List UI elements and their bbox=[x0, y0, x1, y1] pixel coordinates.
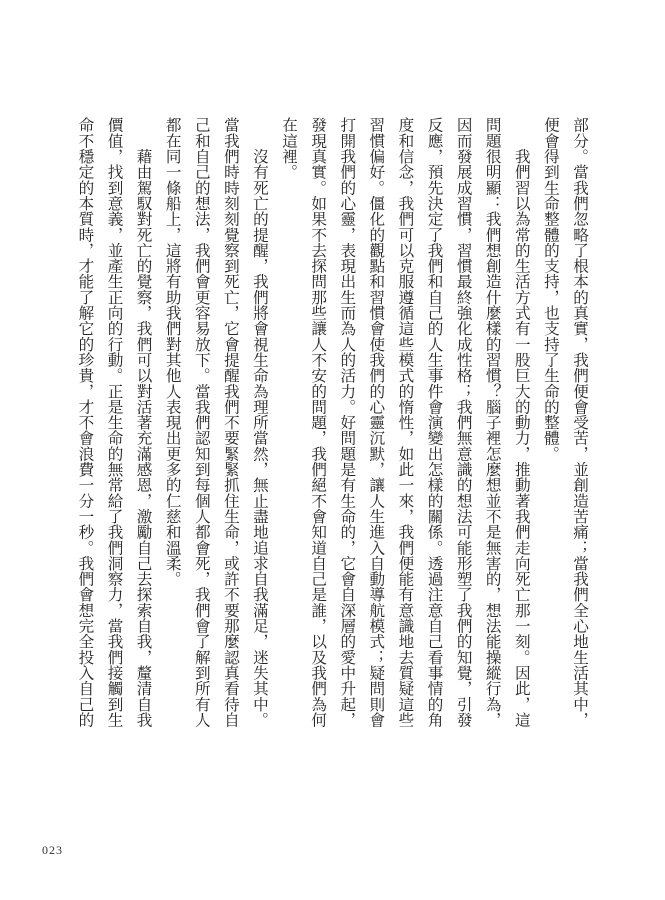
text-line: 部分。當我們忽略了根本的真實，我們便會受苦，並創造苦痛；當我們全心地生活其中， bbox=[565, 117, 594, 749]
text-line: 習慣偏好。僵化的觀點和習慣會使我們的心靈沉默，讓人生進入自動導航模式；疑問則會 bbox=[361, 117, 390, 749]
text-line: 價值，找到意義，並產生正向的行動。正是生命的無常給了我們洞察力，當我們接觸到生 bbox=[99, 117, 128, 749]
text-line: 反應，預先決定了我們和自己的人生事件會演變出怎樣的關係。透過注意自己看事情的角 bbox=[419, 117, 448, 749]
text-line: 發現真實。如果不去探問那些讓人不安的問題，我們絕不會知道自己是誰，以及我們為何 bbox=[303, 117, 332, 749]
text-line: 沒有死亡的提醒，我們將會視生命為理所當然，無止盡地追求自我滿足，迷失其中。 bbox=[245, 117, 274, 749]
page-number: 023 bbox=[42, 843, 63, 858]
book-page: 部分。當我們忽略了根本的真實，我們便會受苦，並創造苦痛；當我們全心地生活其中， … bbox=[0, 0, 665, 900]
text-line: 我們習以為常的生活方式有一股巨大的動力，推動著我們走向死亡那一刻。因此，這 bbox=[507, 117, 536, 749]
text-line: 在這裡。 bbox=[274, 117, 303, 749]
text-line: 因而發展成習慣，習慣最終強化成性格；我們無意識的想法可能形塑了我們的知覺，引發 bbox=[449, 117, 478, 749]
vertical-text-body: 部分。當我們忽略了根本的真實，我們便會受苦，並創造苦痛；當我們全心地生活其中， … bbox=[70, 117, 594, 749]
text-line: 己和自己的想法，我們會更容易放下。當我們認知到每個人都會死，我們會了解到所有人 bbox=[187, 117, 216, 749]
text-line: 當我們時時刻刻覺察到死亡，它會提醒我們不要緊緊抓住生命，或許不要那麼認真看待自 bbox=[216, 117, 245, 749]
text-line: 度和信念，我們可以克服遵循這些模式的惰性，如此一來，我們便能有意識地去質疑這些 bbox=[390, 117, 419, 749]
text-line: 問題很明顯：我們想創造什麼樣的習慣？腦子裡怎麼想並不是無害的，想法能操縱行為， bbox=[478, 117, 507, 749]
text-line: 藉由駕馭對死亡的覺察，我們可以對活著充滿感恩，激勵自己去探索自我，釐清自我 bbox=[129, 117, 158, 749]
text-line: 打開我們的心靈，表現出生而為人的活力。好問題是有生命的，它會自深層的愛中升起， bbox=[332, 117, 361, 749]
text-line: 命不穩定的本質時，才能了解它的珍貴，才不會浪費一分一秒。我們會想完全投入自己的 bbox=[70, 117, 99, 749]
text-line: 都在同一條船上，這將有助我們對其他人表現出更多的仁慈和溫柔。 bbox=[158, 117, 187, 749]
text-line: 便會得到生命整體的支持，也支持了生命的整體。 bbox=[536, 117, 565, 749]
